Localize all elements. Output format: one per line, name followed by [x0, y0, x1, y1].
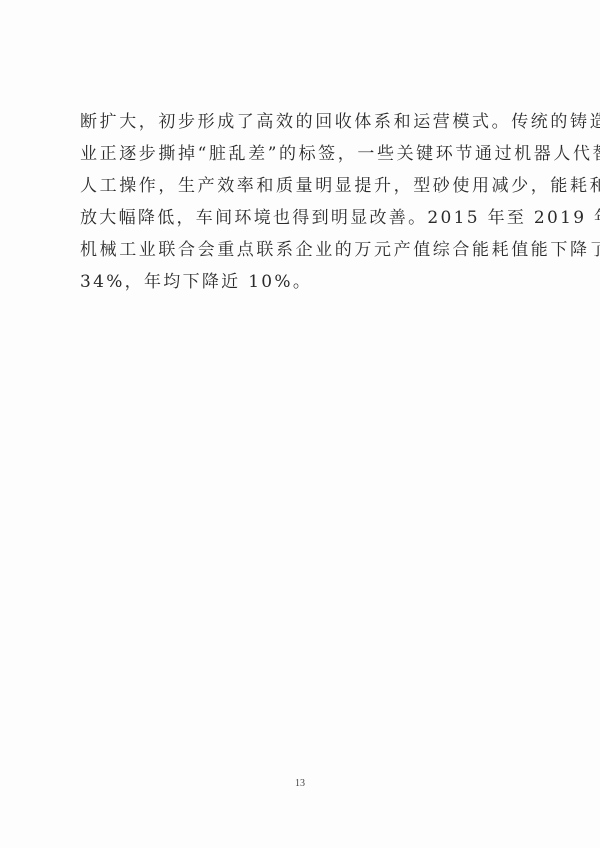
paragraph-line: 业正逐步撕掉“脏乱差”的标签，一些关键环节通过机器人代替: [80, 138, 524, 170]
document-page: 断扩大，初步形成了高效的回收体系和运营模式。传统的铸造产 业正逐步撕掉“脏乱差”…: [0, 0, 600, 848]
paragraph-line: 断扩大，初步形成了高效的回收体系和运营模式。传统的铸造产: [80, 106, 524, 138]
paragraph-line: 放大幅降低，车间环境也得到明显改善。2015 年至 2019 年中国: [80, 202, 524, 234]
body-paragraph: 断扩大，初步形成了高效的回收体系和运营模式。传统的铸造产 业正逐步撕掉“脏乱差”…: [80, 106, 524, 298]
paragraph-line: 34%，年均下降近 10%。: [80, 266, 524, 298]
page-number: 13: [0, 778, 600, 789]
paragraph-line: 人工操作，生产效率和质量明显提升，型砂使用减少，能耗和排: [80, 170, 524, 202]
paragraph-line: 机械工业联合会重点联系企业的万元产值综合能耗值能下降了: [80, 234, 524, 266]
